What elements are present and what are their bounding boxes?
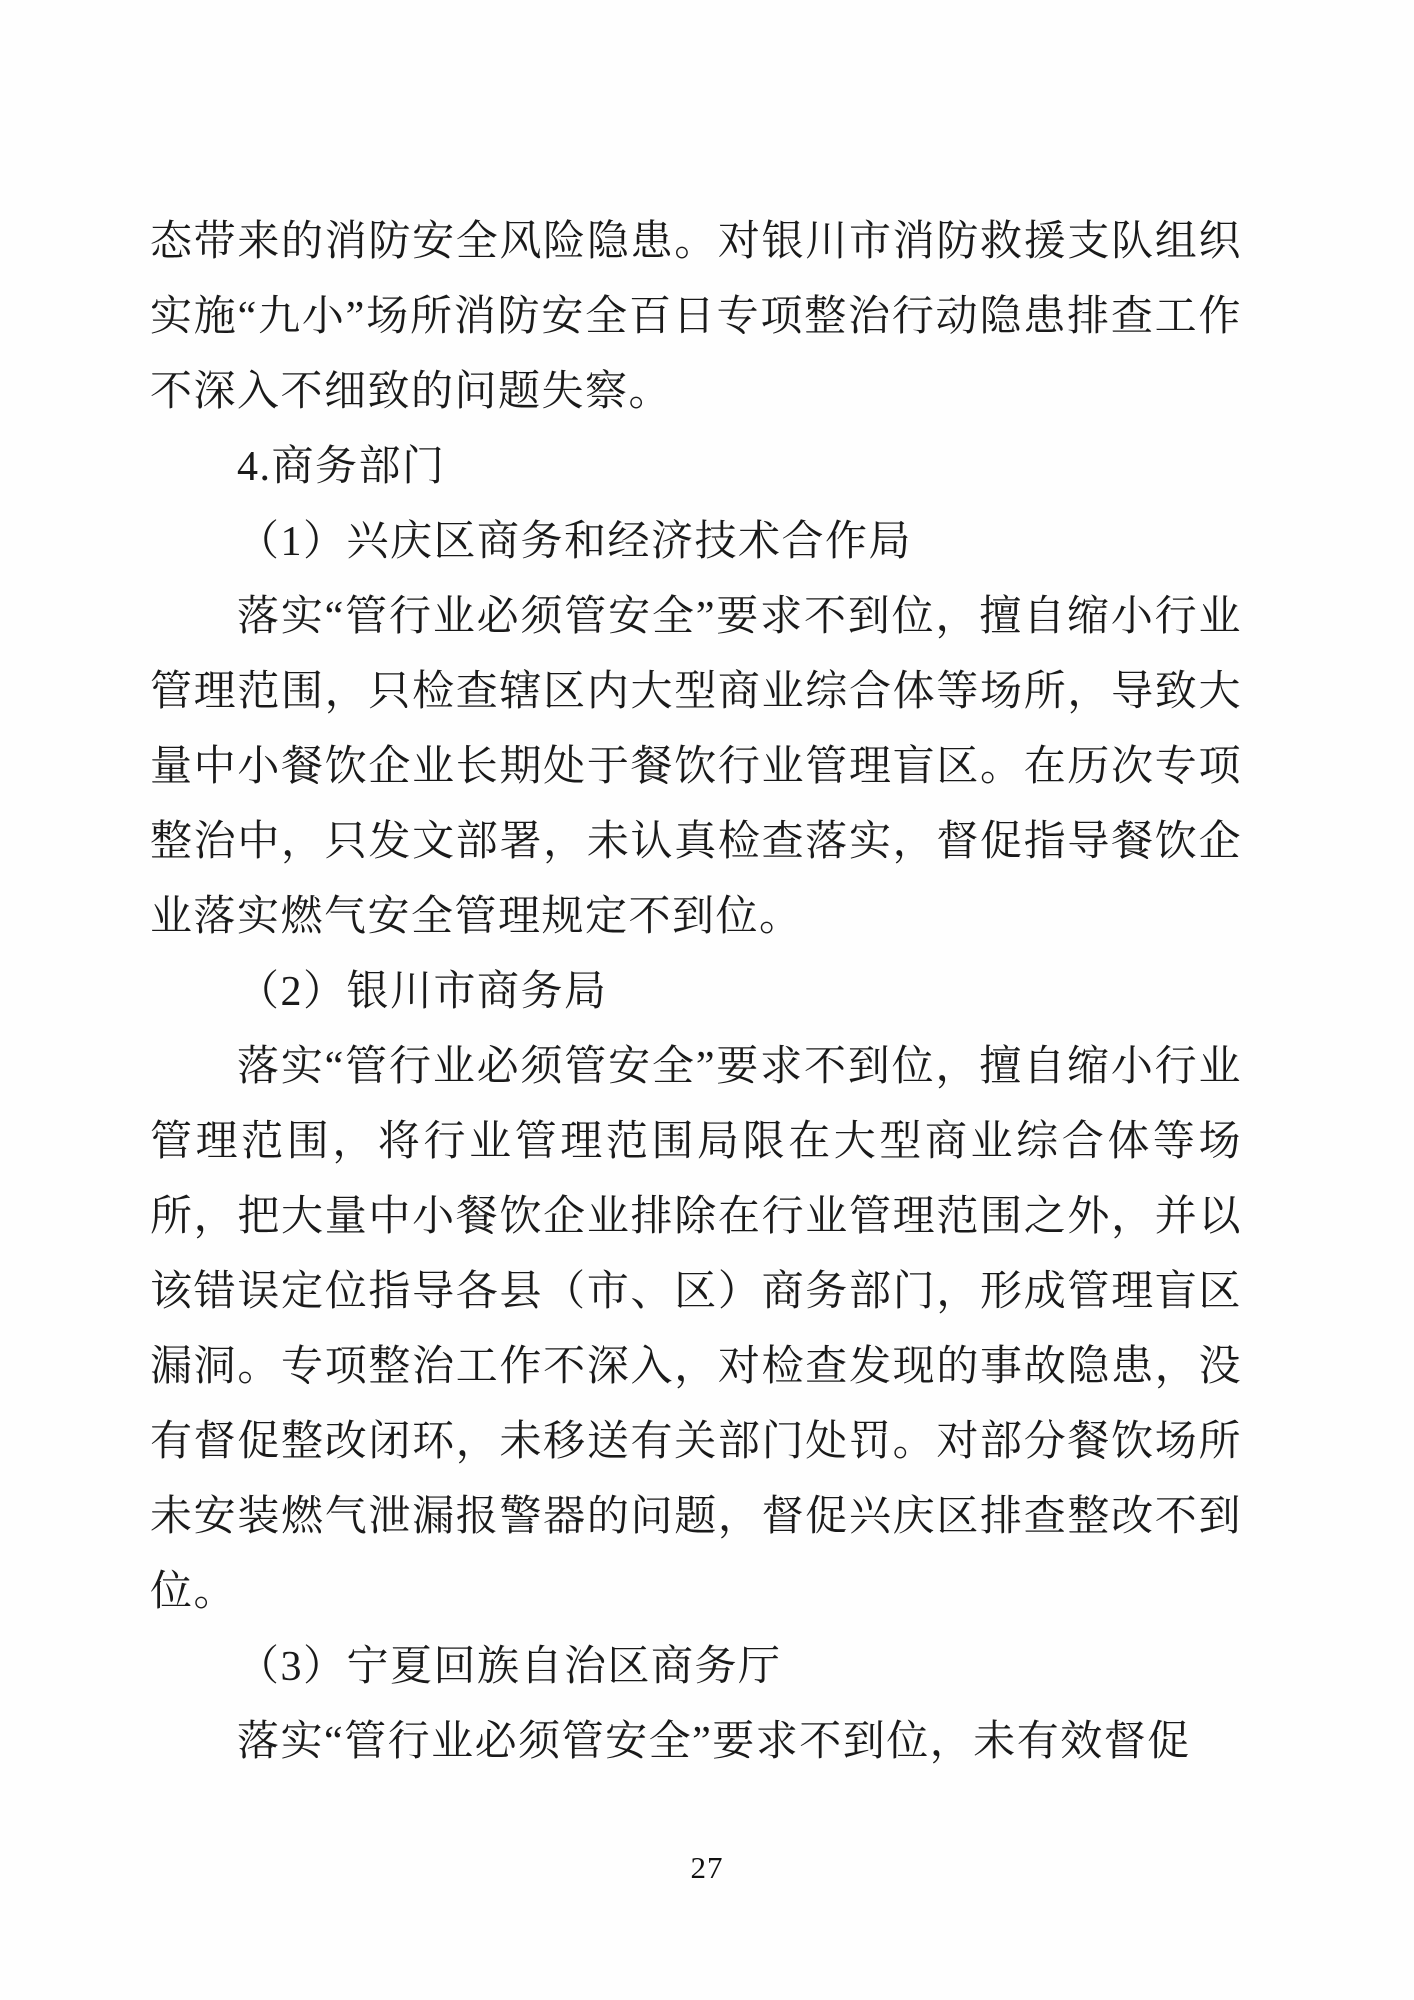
item-3-paragraph: 落实“管行业必须管安全”要求不到位，未有效督促 bbox=[150, 1705, 1242, 1780]
document-text-block: 态带来的消防安全风险隐患。对银川市消防救援支队组织实施“九小”场所消防安全百日专… bbox=[150, 205, 1242, 1780]
page-number: 27 bbox=[0, 1848, 1414, 1888]
item-2-heading: （2）银川市商务局 bbox=[150, 955, 1242, 1030]
item-2-paragraph: 落实“管行业必须管安全”要求不到位，擅自缩小行业管理范围，将行业管理范围局限在大… bbox=[150, 1030, 1242, 1630]
item-1-heading: （1）兴庆区商务和经济技术合作局 bbox=[150, 505, 1242, 580]
item-3-heading: （3）宁夏回族自治区商务厅 bbox=[150, 1630, 1242, 1705]
continuation-paragraph: 态带来的消防安全风险隐患。对银川市消防救援支队组织实施“九小”场所消防安全百日专… bbox=[150, 205, 1242, 430]
section-heading-4: 4.商务部门 bbox=[150, 430, 1242, 505]
item-1-paragraph: 落实“管行业必须管安全”要求不到位，擅自缩小行业管理范围，只检查辖区内大型商业综… bbox=[150, 580, 1242, 955]
document-page: 态带来的消防安全风险隐患。对银川市消防救援支队组织实施“九小”场所消防安全百日专… bbox=[0, 0, 1414, 2000]
